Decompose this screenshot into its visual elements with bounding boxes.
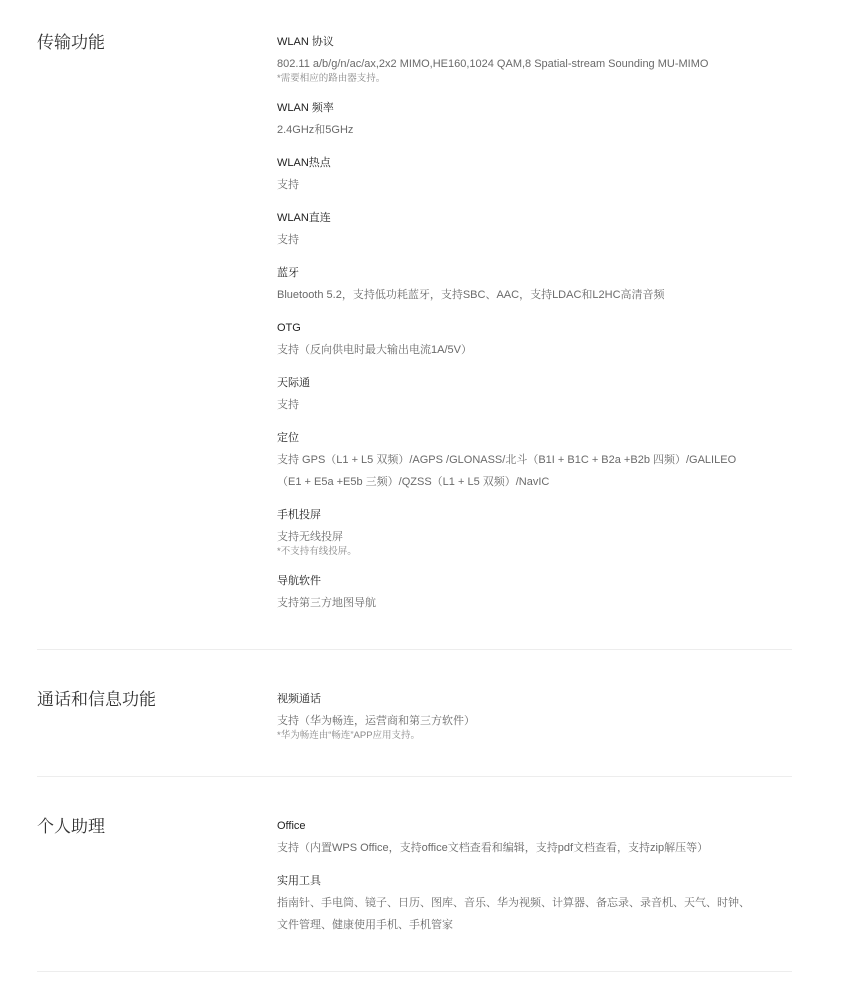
- spec-item-utility-tools: 实用工具 指南针、手电筒、镜子、日历、图库、音乐、华为视频、计算器、备忘录、录音…: [277, 870, 792, 936]
- section-transfer: 传输功能 WLAN 协议 802.11 a/b/g/n/ac/ax,2x2 MI…: [37, 30, 792, 650]
- spec-item-positioning: 定位 支持 GPS（L1 + L5 双频）/AGPS /GLONASS/北斗（B…: [277, 427, 792, 493]
- spec-value: 支持: [277, 174, 792, 196]
- spec-item-wlan-protocol: WLAN 协议 802.11 a/b/g/n/ac/ax,2x2 MIMO,HE…: [277, 31, 792, 86]
- spec-item-wlan-hotspot: WLAN热点 支持: [277, 152, 792, 196]
- spec-value: 支持第三方地图导航: [277, 592, 792, 614]
- spec-item-office: Office 支持（内置WPS Office，支持office文档查看和编辑，支…: [277, 815, 792, 859]
- spec-label: WLAN 频率: [277, 97, 792, 119]
- spec-note: *不支持有线投屏。: [277, 545, 792, 559]
- spec-item-wlan-direct: WLAN直连 支持: [277, 207, 792, 251]
- spec-item-wlan-frequency: WLAN 频率 2.4GHz和5GHz: [277, 97, 792, 141]
- spec-label: 蓝牙: [277, 262, 792, 284]
- spec-label: WLAN 协议: [277, 31, 792, 53]
- spec-list: Office 支持（内置WPS Office，支持office文档查看和编辑，支…: [277, 815, 792, 971]
- spec-page: 传输功能 WLAN 协议 802.11 a/b/g/n/ac/ax,2x2 MI…: [0, 0, 860, 972]
- spec-value: 指南针、手电筒、镜子、日历、图库、音乐、华为视频、计算器、备忘录、录音机、天气、…: [277, 892, 792, 914]
- spec-label: 实用工具: [277, 870, 792, 892]
- spec-item-tianjitong: 天际通 支持: [277, 372, 792, 416]
- spec-label: WLAN直连: [277, 207, 792, 229]
- spec-label: 视频通话: [277, 688, 792, 710]
- spec-value: Bluetooth 5.2，支持低功耗蓝牙，支持SBC、AAC，支持LDAC和L…: [277, 284, 792, 306]
- spec-label: Office: [277, 815, 792, 837]
- spec-item-video-call: 视频通话 支持（华为畅连，运营商和第三方软件） *华为畅连由“畅连”APP应用支…: [277, 688, 792, 743]
- spec-item-screen-projection: 手机投屏 支持无线投屏 *不支持有线投屏。: [277, 504, 792, 559]
- section-personal-assistant: 个人助理 Office 支持（内置WPS Office，支持office文档查看…: [37, 777, 792, 972]
- spec-item-navigation: 导航软件 支持第三方地图导航: [277, 570, 792, 614]
- section-call-messaging: 通话和信息功能 视频通话 支持（华为畅连，运营商和第三方软件） *华为畅连由“畅…: [37, 650, 792, 777]
- section-title: 通话和信息功能: [37, 688, 277, 776]
- section-title: 个人助理: [37, 815, 277, 971]
- spec-value: 文件管理、健康使用手机、手机管家: [277, 914, 792, 936]
- spec-value: 支持: [277, 229, 792, 251]
- spec-label: OTG: [277, 317, 792, 339]
- spec-note: *华为畅连由“畅连”APP应用支持。: [277, 729, 792, 743]
- spec-value: 支持（反向供电时最大输出电流1A/5V）: [277, 339, 792, 361]
- spec-item-bluetooth: 蓝牙 Bluetooth 5.2，支持低功耗蓝牙，支持SBC、AAC，支持LDA…: [277, 262, 792, 306]
- spec-value: （E1 + E5a +E5b 三频）/QZSS（L1 + L5 双频）/NavI…: [277, 471, 792, 493]
- spec-value: 支持: [277, 394, 792, 416]
- spec-label: 手机投屏: [277, 504, 792, 526]
- spec-value: 支持（内置WPS Office，支持office文档查看和编辑，支持pdf文档查…: [277, 837, 792, 859]
- spec-label: 导航软件: [277, 570, 792, 592]
- spec-value: 2.4GHz和5GHz: [277, 119, 792, 141]
- spec-label: WLAN热点: [277, 152, 792, 174]
- spec-list: 视频通话 支持（华为畅连，运营商和第三方软件） *华为畅连由“畅连”APP应用支…: [277, 688, 792, 776]
- spec-value: 支持 GPS（L1 + L5 双频）/AGPS /GLONASS/北斗（B1I …: [277, 449, 792, 471]
- spec-label: 定位: [277, 427, 792, 449]
- spec-item-otg: OTG 支持（反向供电时最大输出电流1A/5V）: [277, 317, 792, 361]
- spec-label: 天际通: [277, 372, 792, 394]
- section-title: 传输功能: [37, 31, 277, 649]
- spec-list: WLAN 协议 802.11 a/b/g/n/ac/ax,2x2 MIMO,HE…: [277, 31, 792, 649]
